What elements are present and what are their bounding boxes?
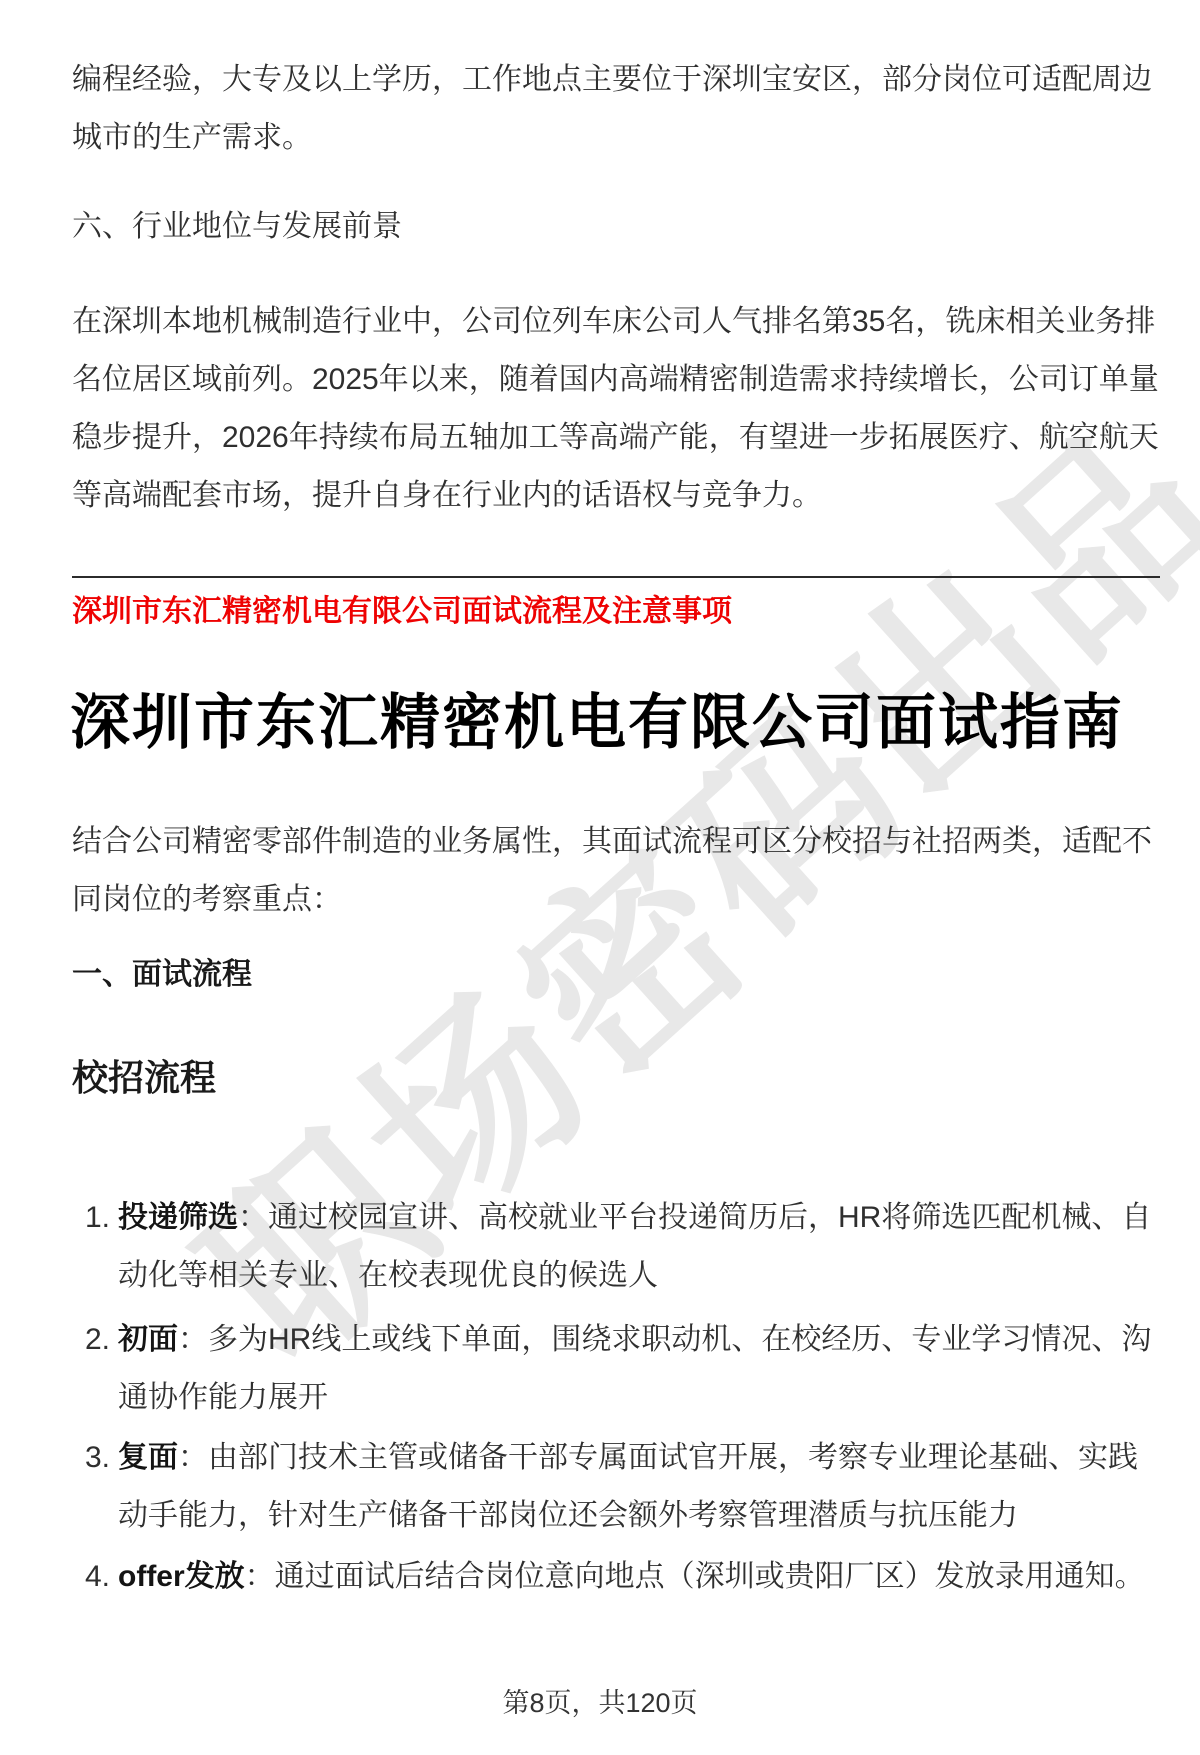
list-item-text: 通过面试后结合岗位意向地点（深圳或贵阳厂区）发放录用通知。: [275, 1560, 1145, 1593]
paragraph-intro: 结合公司精密零部件制造的业务属性，其面试流程可区分校招与社招两类，适配不 同岗位…: [72, 813, 1152, 929]
section-heading-industry: 六、行业地位与发展前景: [72, 198, 402, 256]
document-content: 编程经验，大专及以上学历，工作地点主要位于深圳宝安区，部分岗位可适配周边 城市的…: [0, 0, 1200, 1755]
list-item-colon: ：: [178, 1441, 208, 1474]
list-item-line: 初面：多为HR线上或线下单面，围绕求职动机、在校经历、专业学习情况、沟: [118, 1311, 1151, 1369]
list-item-line: 投递筛选：通过校园宣讲、高校就业平台投递简历后，HR将筛选匹配机械、自: [118, 1189, 1151, 1247]
paragraph-industry: 在深圳本地机械制造行业中，公司位列车床公司人气排名第35名，铣床相关业务排 名位…: [72, 293, 1159, 525]
paragraph-line: 在深圳本地机械制造行业中，公司位列车床公司人气排名第35名，铣床相关业务排: [72, 293, 1159, 351]
list-item-line: 动手能力，针对生产储备干部岗位还会额外考察管理潜质与抗压能力: [118, 1487, 1138, 1545]
page-number-footer: 第8页，共120页: [0, 1686, 1200, 1720]
list-item-term: 投递筛选: [118, 1201, 238, 1234]
list-item-number: 1.: [85, 1189, 110, 1247]
list-item-term: 复面: [118, 1441, 178, 1474]
list-item-text: 通过校园宣讲、高校就业平台投递简历后，HR将筛选匹配机械、自: [268, 1201, 1151, 1234]
list-item-term: offer发放: [118, 1560, 245, 1593]
paragraph-line: 编程经验，大专及以上学历，工作地点主要位于深圳宝安区，部分岗位可适配周边: [72, 51, 1152, 109]
paragraph-line: 名位居区域前列。2025年以来，随着国内高端精密制造需求持续增长，公司订单量: [72, 351, 1159, 409]
list-item-body: 复面：由部门技术主管或储备干部专属面试官开展，考察专业理论基础、实践 动手能力，…: [118, 1429, 1138, 1545]
paragraph-line: 等高端配套市场，提升自身在行业内的话语权与竞争力。: [72, 467, 1159, 525]
paragraph-continued: 编程经验，大专及以上学历，工作地点主要位于深圳宝安区，部分岗位可适配周边 城市的…: [72, 51, 1152, 167]
list-item-line: 复面：由部门技术主管或储备干部专属面试官开展，考察专业理论基础、实践: [118, 1429, 1138, 1487]
list-item-text: 多为HR线上或线下单面，围绕求职动机、在校经历、专业学习情况、沟: [208, 1323, 1151, 1356]
horizontal-divider: [72, 576, 1160, 578]
heading-campus-process: 校招流程: [72, 1053, 216, 1103]
list-item-number: 3.: [85, 1429, 110, 1487]
list-item-line: offer发放：通过面试后结合岗位意向地点（深圳或贵阳厂区）发放录用通知。: [118, 1548, 1145, 1606]
document-page: 职场密码出品 编程经验，大专及以上学历，工作地点主要位于深圳宝安区，部分岗位可适…: [0, 0, 1200, 1755]
paragraph-line: 同岗位的考察重点：: [72, 871, 1152, 929]
list-item-body: 投递筛选：通过校园宣讲、高校就业平台投递简历后，HR将筛选匹配机械、自 动化等相…: [118, 1189, 1151, 1305]
heading-interview-process: 一、面试流程: [72, 955, 252, 995]
list-item-colon: ：: [245, 1560, 275, 1593]
list-item-body: 初面：多为HR线上或线下单面，围绕求职动机、在校经历、专业学习情况、沟 通协作能…: [118, 1311, 1151, 1427]
paragraph-line: 结合公司精密零部件制造的业务属性，其面试流程可区分校招与社招两类，适配不: [72, 813, 1152, 871]
list-item-body: offer发放：通过面试后结合岗位意向地点（深圳或贵阳厂区）发放录用通知。: [118, 1548, 1145, 1606]
paragraph-line: 城市的生产需求。: [72, 109, 1152, 167]
page-title: 深圳市东汇精密机电有限公司面试指南: [70, 683, 1124, 763]
list-item-text: 由部门技术主管或储备干部专属面试官开展，考察专业理论基础、实践: [208, 1441, 1138, 1474]
paragraph-line: 稳步提升，2026年持续布局五轴加工等高端产能，有望进一步拓展医疗、航空航天: [72, 409, 1159, 467]
list-item-line: 通协作能力展开: [118, 1369, 1151, 1427]
list-item-colon: ：: [238, 1201, 268, 1234]
list-item-number: 2.: [85, 1311, 110, 1369]
list-item-colon: ：: [178, 1323, 208, 1356]
red-subtitle: 深圳市东汇精密机电有限公司面试流程及注意事项: [72, 592, 732, 632]
list-item-line: 动化等相关专业、在校表现优良的候选人: [118, 1247, 1151, 1305]
list-item-number: 4.: [85, 1548, 110, 1606]
list-item-term: 初面: [118, 1323, 178, 1356]
